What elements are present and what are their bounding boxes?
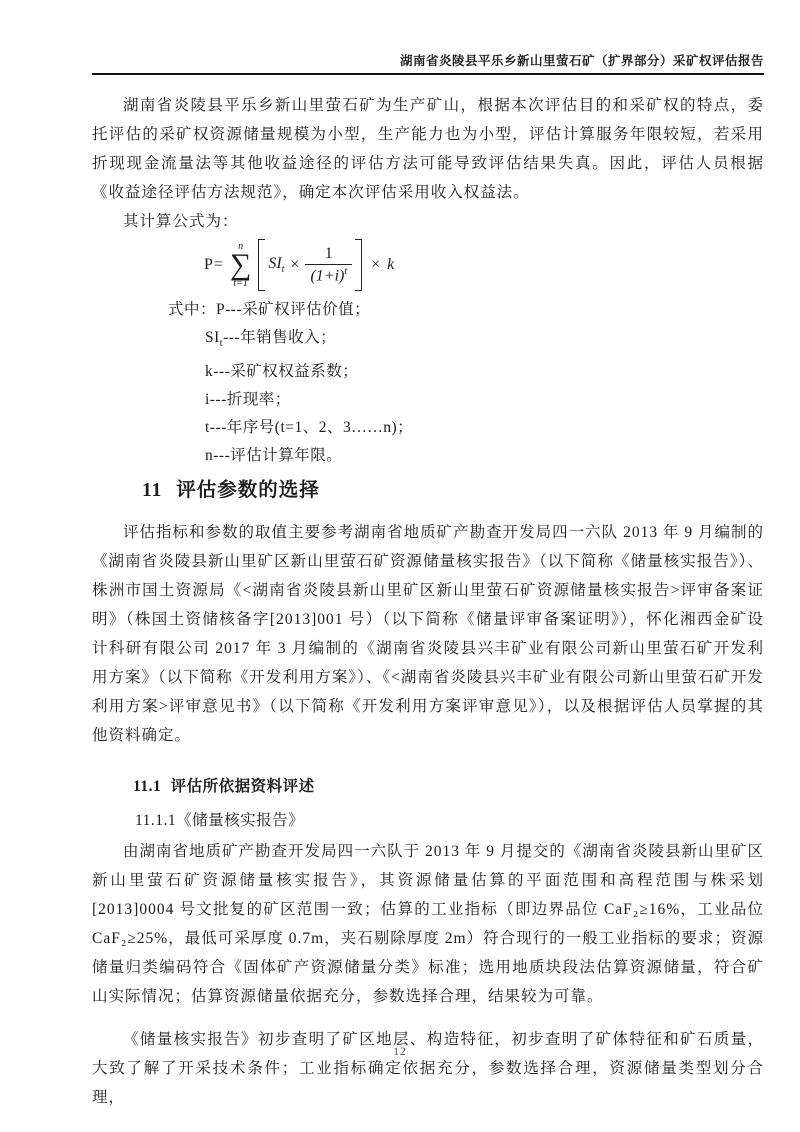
paragraph-method-selection: 湖南省炎陵县平乐乡新山里萤石矿为生产矿山，根据本次评估目的和采矿权的特点，委托评… bbox=[92, 91, 764, 207]
si-base: SI bbox=[268, 255, 281, 272]
formula-definitions: 式中：P---采矿权评估价值； SIt---年销售收入； k---采矿权权益系数… bbox=[92, 296, 764, 470]
si-subscript: t bbox=[282, 264, 285, 275]
fraction-numerator: 1 bbox=[321, 244, 337, 264]
formula-term-si: SIt bbox=[268, 255, 284, 275]
definition-si: SIt---年销售收入； bbox=[205, 324, 764, 358]
header-title: 湖南省炎陵县平乐乡新山里萤石矿（扩界部分）采矿权评估报告 bbox=[92, 52, 764, 70]
definition-t: t---年序号(t=1、2、3……n)； bbox=[205, 414, 764, 442]
section-heading-11: 11 评估参数的选择 bbox=[142, 478, 764, 504]
page-header: 湖南省炎陵县平乐乡新山里萤石矿（扩界部分）采矿权评估报告 bbox=[92, 52, 764, 75]
formula-k-variable: k bbox=[387, 256, 394, 274]
definition-si-text: ---年销售收入； bbox=[223, 329, 336, 346]
discount-fraction: 1 (1+i)t bbox=[305, 244, 352, 286]
sigma-glyph: ∑ bbox=[230, 252, 251, 278]
paragraph-parameter-sources: 评估指标和参数的取值主要参考湖南省地质矿产勘查开发局四一六队 2013 年 9 … bbox=[92, 518, 764, 750]
left-bracket bbox=[258, 239, 265, 291]
definition-i: i---折现率； bbox=[205, 386, 764, 414]
definition-si-base: SI bbox=[205, 329, 220, 346]
sum-lower-limit: t=1 bbox=[233, 278, 248, 289]
fraction-denominator: (1+i)t bbox=[305, 264, 352, 286]
definition-p-text: P---采矿权评估价值； bbox=[216, 301, 370, 318]
multiply-sign-2: × bbox=[371, 256, 380, 274]
summation-symbol: n ∑ t=1 bbox=[230, 241, 251, 289]
right-bracket bbox=[355, 239, 362, 291]
document-page: 湖南省炎陵县平乐乡新山里萤石矿（扩界部分）采矿权评估报告 湖南省炎陵县平乐乡新山… bbox=[0, 0, 800, 1132]
where-label: 式中： bbox=[168, 301, 216, 318]
definition-k: k---采矿权权益系数； bbox=[205, 358, 764, 386]
definition-p: 式中：P---采矿权评估价值； bbox=[168, 296, 764, 324]
denominator-exponent: t bbox=[344, 266, 347, 277]
formula-lhs: P= bbox=[204, 256, 224, 274]
page-number: 12 bbox=[0, 1046, 800, 1058]
paragraph-reserve-report-review: 由湖南省地质矿产勘查开发局四一六队于 2013 年 9 月提交的《湖南省炎陵县新… bbox=[92, 837, 764, 1011]
section-heading-11-1: 11.1 评估所依据资料评述 bbox=[133, 776, 764, 797]
denominator-base: (1+i) bbox=[310, 267, 344, 284]
section-heading-11-1-1: 11.1.1《储量核实报告》 bbox=[135, 810, 764, 831]
multiply-sign-1: × bbox=[290, 256, 299, 274]
formula-intro: 其计算公式为： bbox=[92, 207, 764, 236]
paragraph-reserve-report-conclusion: 《储量核实报告》初步查明了矿区地层、构造特征，初步查明了矿体特征和矿石质量，大致… bbox=[92, 1025, 764, 1112]
income-rights-formula: P= n ∑ t=1 SIt × 1 (1+i)t × k bbox=[204, 236, 764, 294]
definition-n: n---评估计算年限。 bbox=[205, 442, 764, 470]
